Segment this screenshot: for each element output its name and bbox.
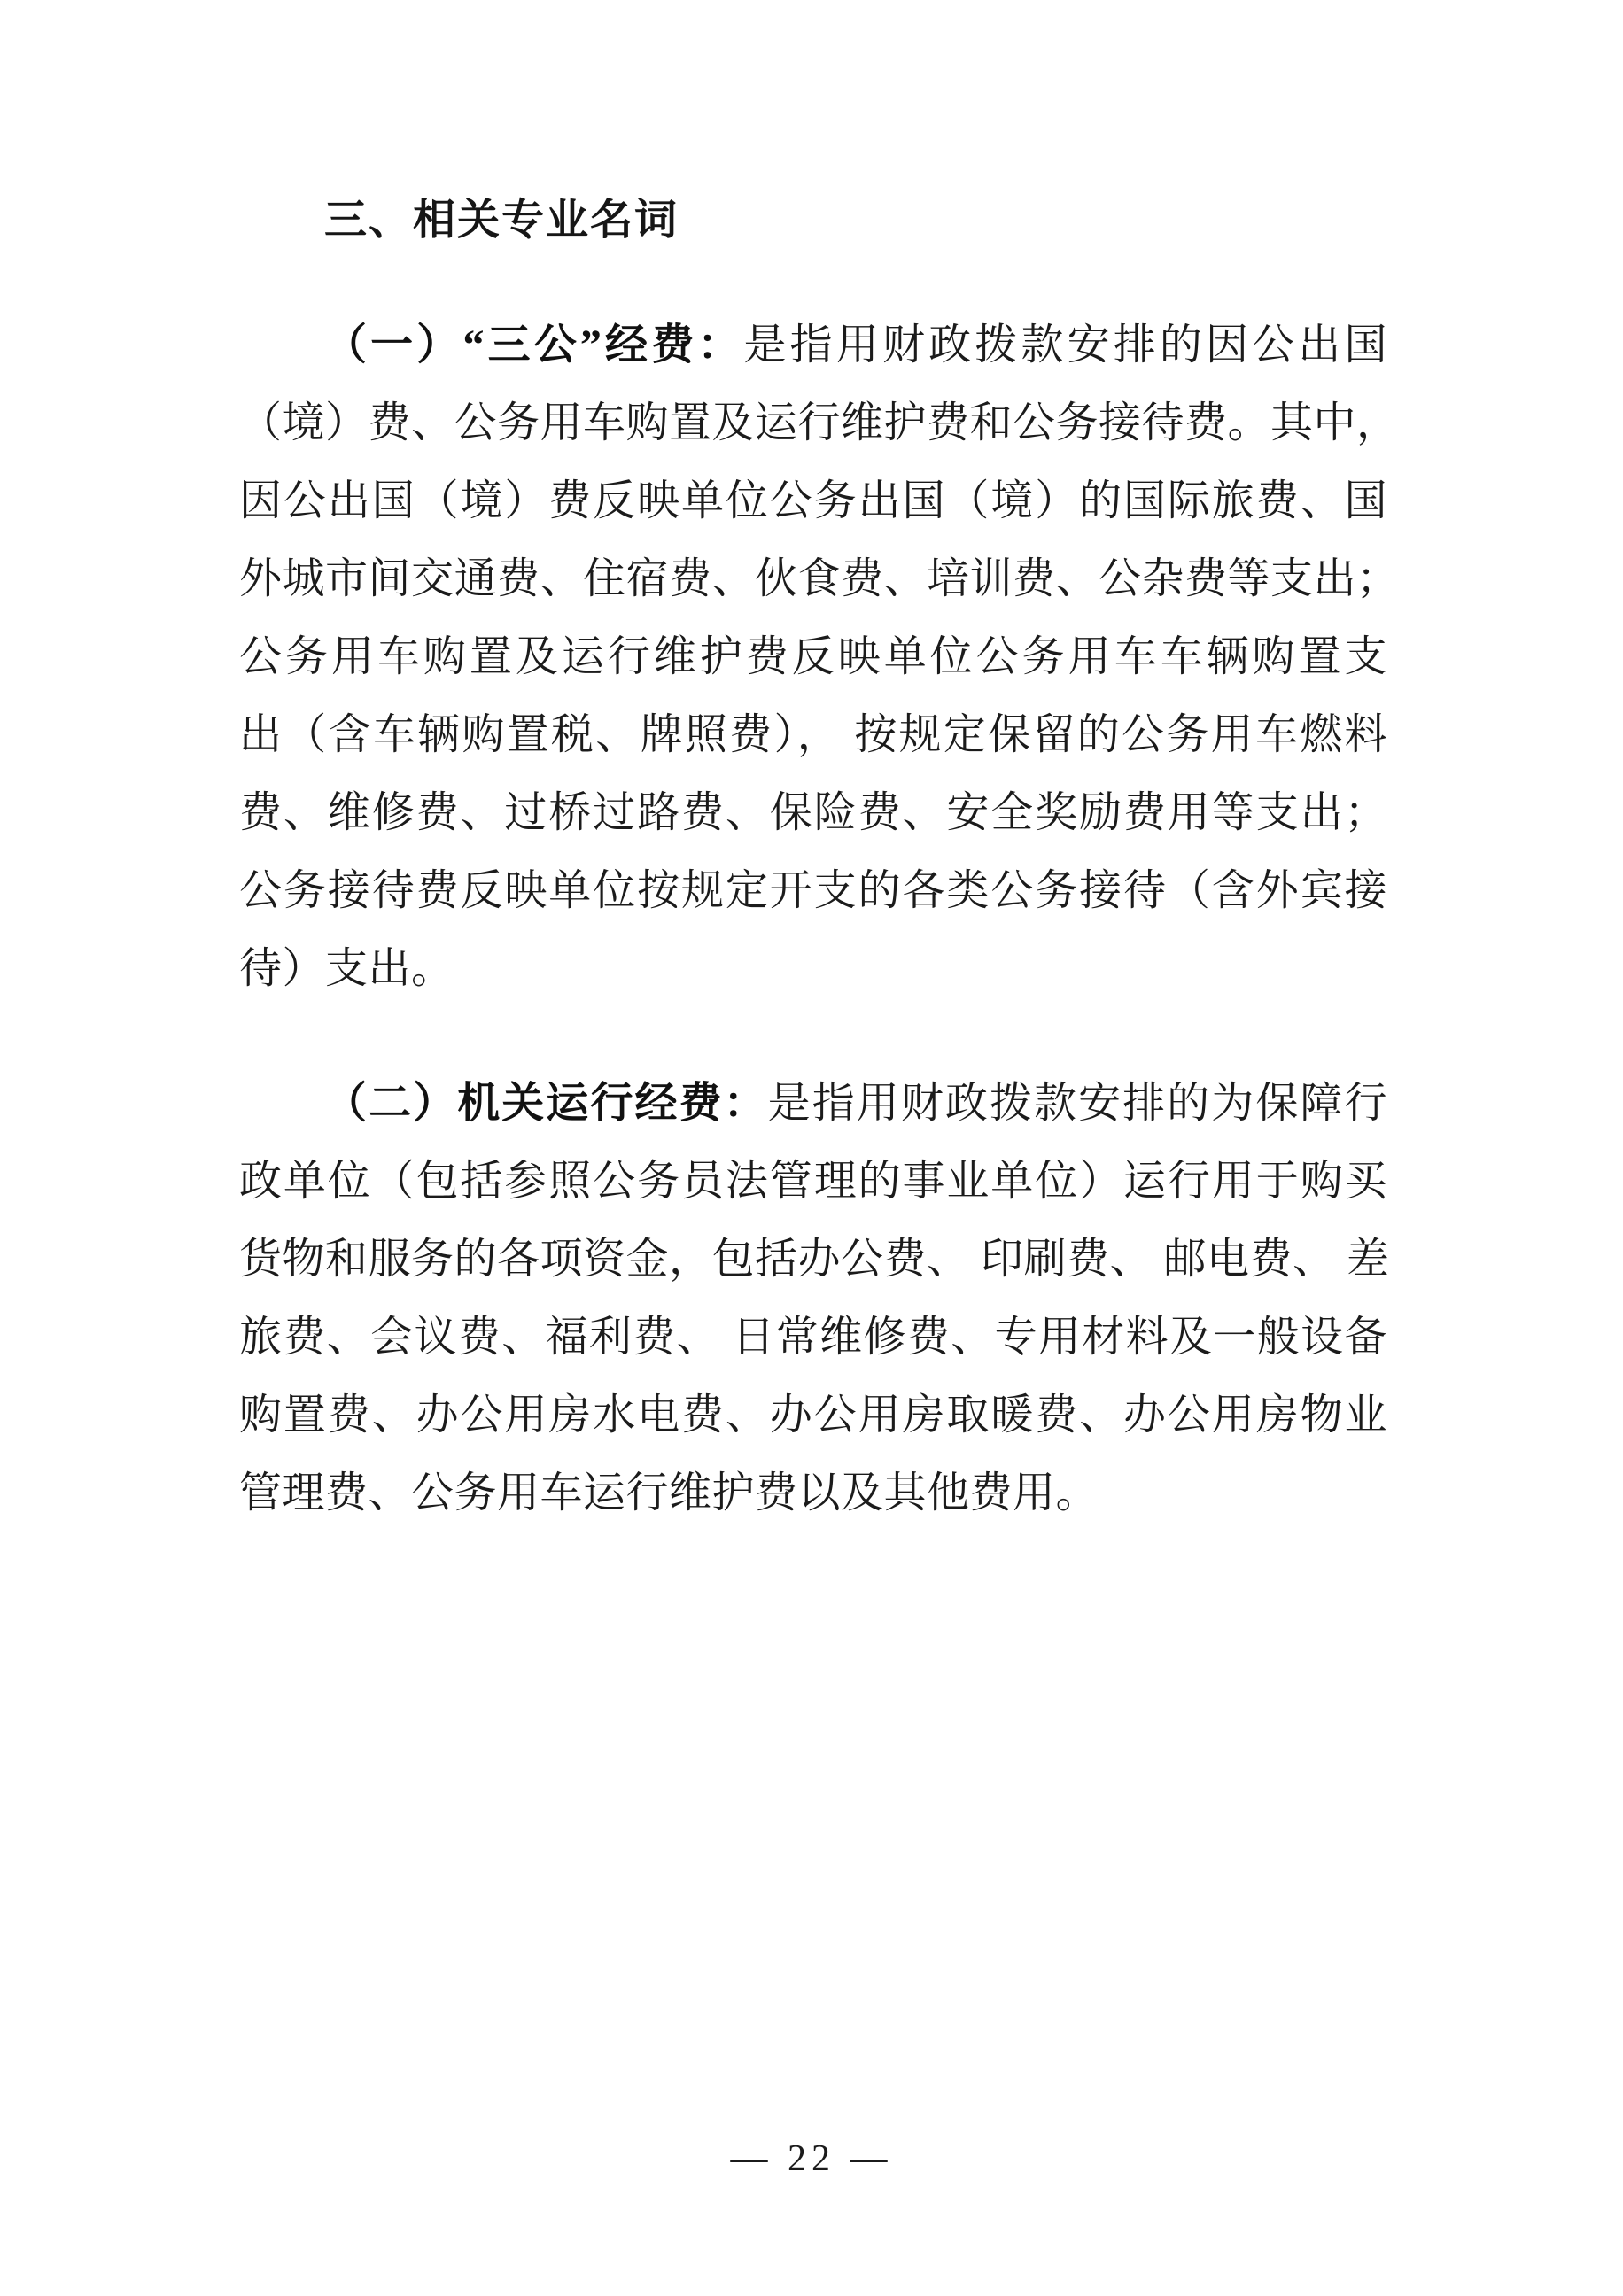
term-lead-jiguan: （二）机关运行经费： [324,1080,768,1127]
term-definition-start: 是指用财政拨款安排的因公出国 [744,322,1387,368]
body-line: 管理费、公务用车运行维护费以及其他费用。 [239,1454,1387,1532]
body-line: 政单位（包括参照公务员法管理的事业单位）运行用于购买 [239,1143,1387,1221]
body-line: 因公出国（境）费反映单位公务出国（境）的国际旅费、国 [239,462,1387,540]
term-definition-start: 是指用财政拨款安排的为保障行 [768,1080,1387,1127]
page-number: — 22 — [0,2137,1623,2181]
body-line: （境）费、公务用车购置及运行维护费和公务接待费。其中， [239,384,1387,462]
paragraph-sangong-expenses: （一）“三公”经费：是指用财政拨款安排的因公出国 （境）费、公务用车购置及运行维… [239,306,1387,1008]
body-line: 待）支出。 [239,930,1387,1008]
body-line: 费、维修费、过桥过路费、保险费、安全奖励费用等支出； [239,774,1387,852]
body-line: 出（含车辆购置税、牌照费）， 按规定保留的公务用车燃料 [239,696,1387,774]
term-lead-sangong: （一）“三公”经费： [324,322,744,368]
body-line: 购置费、办公用房水电费、办公用房取暖费、办公用房物业 [239,1377,1387,1454]
body-line: 旅费、会议费、福利费、 日常维修费、专用材料及一般设备 [239,1299,1387,1377]
body-line: （一）“三公”经费：是指用财政拨款安排的因公出国 [239,306,1387,384]
body-line: 公务用车购置及运行维护费反映单位公务用车车辆购置支 [239,618,1387,696]
document-page: 三、相关专业名词 （一）“三公”经费：是指用财政拨款安排的因公出国 （境）费、公… [0,0,1623,2296]
body-line: 货物和服务的各项资金，包括办公费、 印刷费、 邮电费、 差 [239,1221,1387,1299]
body-line: 公务接待费反映单位按规定开支的各类公务接待（含外宾接 [239,852,1387,930]
paragraph-agency-operating-expenses: （二）机关运行经费：是指用财政拨款安排的为保障行 政单位（包括参照公务员法管理的… [239,1065,1387,1532]
body-line: 外城市间交通费、住宿费、伙食费、培训费、公杂费等支出； [239,540,1387,618]
body-line: （二）机关运行经费：是指用财政拨款安排的为保障行 [239,1065,1387,1143]
section-heading: 三、相关专业名词 [239,195,679,246]
